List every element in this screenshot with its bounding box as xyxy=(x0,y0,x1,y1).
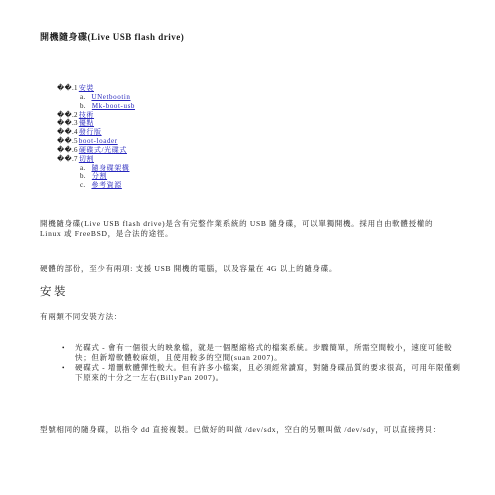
toc-subitem-split: b.分割 xyxy=(80,172,135,181)
list-item-text: 光碟式 - 會有一個很大的映象檔，就是一個壓縮格式的檔案系統。步驟簡單，所需空間… xyxy=(75,343,462,363)
methods-intro: 有兩類不同安裝方法： xyxy=(40,312,122,322)
toc-subitem-mk-boot-usb: b.Mk-boot-usb xyxy=(80,102,135,111)
toc-item-partition: ��.7切割 xyxy=(57,155,135,164)
list-item: • 硬碟式 - 增刪軟體彈性較大。但有許多小檔案，且必須經常讀寫，對隨身碟品質的… xyxy=(62,363,462,383)
bullet-icon: • xyxy=(62,343,75,363)
toc-item-install: ��.1安裝 xyxy=(57,84,135,93)
toc-marker: b. xyxy=(80,172,86,180)
intro-paragraph: 開機隨身碟(Live USB flash drive)是含有完整作業系統的 US… xyxy=(40,219,456,239)
toc-link-install[interactable]: 安裝 xyxy=(79,84,94,92)
toc-link-split[interactable]: 分割 xyxy=(92,172,107,180)
toc-item-boot-loader: ��.5boot-loader xyxy=(57,137,135,146)
page-title: 開機隨身碟(Live USB flash drive) xyxy=(40,30,184,43)
toc-marker: ��.4 xyxy=(57,128,78,136)
bullet-icon: • xyxy=(62,363,75,383)
toc-marker: a. xyxy=(80,164,85,172)
toc-marker: c. xyxy=(80,181,85,189)
install-methods-list: • 光碟式 - 會有一個很大的映象檔，就是一個壓縮格式的檔案系統。步驟簡單，所需… xyxy=(62,343,462,383)
toc-link-mk-boot-usb[interactable]: Mk-boot-usb xyxy=(92,102,135,110)
toc-subitem-references: c.參考資源 xyxy=(80,181,135,190)
toc-subitem-usb-architecture: a.隨身碟架構 xyxy=(80,164,135,173)
toc-link-references[interactable]: 參考資源 xyxy=(91,181,121,189)
toc-item-distributions: ��.4發行版 xyxy=(57,128,135,137)
toc-marker: ��.3 xyxy=(57,119,78,127)
dd-paragraph: 型號相同的隨身碟，以指令 dd 直接複製。已做好的叫做 /dev/sdx，空白的… xyxy=(40,425,458,435)
toc-subitem-unetbootin: a.UNetbootin xyxy=(80,93,135,102)
list-item-text: 硬碟式 - 增刪軟體彈性較大。但有許多小檔案，且必須經常讀寫，對隨身碟品質的要求… xyxy=(75,363,462,383)
list-item: • 光碟式 - 會有一個很大的映象檔，就是一個壓縮格式的檔案系統。步驟簡單，所需… xyxy=(62,343,462,363)
table-of-contents: ��.1安裝 a.UNetbootin b.Mk-boot-usb ��.2技術… xyxy=(57,84,135,190)
toc-link-hdd-vs-cd[interactable]: 硬碟式/光碟式 xyxy=(79,146,127,154)
toc-link-technology[interactable]: 技術 xyxy=(79,111,94,119)
toc-marker: ��.5 xyxy=(57,137,78,145)
toc-marker: ��.7 xyxy=(57,155,78,163)
toc-marker: b. xyxy=(80,102,86,110)
toc-link-distributions[interactable]: 發行版 xyxy=(79,128,102,136)
toc-marker: ��.6 xyxy=(57,146,78,154)
hardware-paragraph: 硬體的部份，至少有兩項: 支援 USB 開機的電腦，以及容量在 4G 以上的隨身… xyxy=(40,264,462,274)
toc-link-unetbootin[interactable]: UNetbootin xyxy=(91,93,130,101)
install-heading: 安裝 xyxy=(40,283,68,299)
toc-item-advantages: ��.3優點 xyxy=(57,119,135,128)
toc-link-usb-architecture[interactable]: 隨身碟架構 xyxy=(91,164,129,172)
toc-marker: a. xyxy=(80,93,85,101)
toc-link-advantages[interactable]: 優點 xyxy=(79,119,94,127)
toc-marker: ��.2 xyxy=(57,111,78,119)
toc-link-boot-loader[interactable]: boot-loader xyxy=(79,137,118,145)
document-page: 開機隨身碟(Live USB flash drive) ��.1安裝 a.UNe… xyxy=(0,0,495,495)
toc-item-hdd-vs-cd: ��.6硬碟式/光碟式 xyxy=(57,146,135,155)
toc-link-partition[interactable]: 切割 xyxy=(79,155,94,163)
toc-marker: ��.1 xyxy=(57,84,78,92)
